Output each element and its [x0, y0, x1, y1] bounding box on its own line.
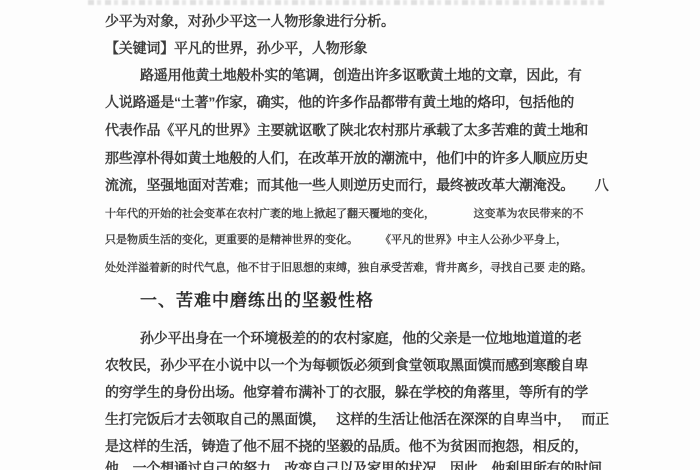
- body-line: 的穷学生的身份出场。他穿着布满补丁的衣服，躲在学校的角落里，等所有的学: [105, 383, 588, 401]
- body-line-small: 只是物质生活的变化，更重要的是精神世界的变化。 《平凡的世界》中主人公孙少平身上…: [105, 231, 567, 249]
- body-line: 是这样的生活，铸造了他不屈不挠的坚毅的品质。他不为贫困而抱怨，相反的，: [105, 437, 588, 455]
- body-line: 少平为对象，对孙少平这一人物形象进行分析。: [105, 12, 395, 30]
- body-line: 生打完饭后才去领取自己的黑面馍， 这样的生活让他活在深深的自卑当中， 而正: [105, 410, 609, 428]
- body-line: 那些淳朴得如黄土地般的人们，在改革开放的潮流中，他们中的许多人顺应历史: [105, 149, 588, 167]
- body-line: 路遥用他黄土地般朴实的笔调，创造出许多讴歌黄土地的文章，因此，有: [140, 66, 582, 84]
- body-line: 代表作品《平凡的世界》主要就讴歌了陕北农村那片承载了太多苦难的黄土地和: [105, 121, 588, 139]
- body-line-small: 处处洋溢着新的时代气息，他不甘于旧思想的束缚，独自承受苦难，背井离乡，寻找自己要…: [105, 259, 592, 277]
- body-line-small: 十年代的开始的社会变革在农村广袤的地上掀起了翻天覆地的变化， 这变革为农民带来的…: [105, 205, 584, 223]
- section-heading: 一、苦难中磨练出的坚毅性格: [140, 292, 374, 310]
- body-line: 流流，坚强地面对苦难；而其他一些人则逆历史而行，最终被改革大潮淹没。 八: [105, 176, 609, 194]
- keywords-line: 【关键词】平凡的世界，孙少平，人物形象: [105, 39, 367, 57]
- clipped-text-bottom-line: 他，一个想通过自己的努力，改变自己以及家里的状况，因此，他利用所有的时间: [105, 459, 602, 470]
- body-line: 人说路遥是“土著”作家，确实，他的许多作品都带有黄土地的烙印，包括他的: [105, 93, 574, 111]
- document-page: 少平为对象，对孙少平这一人物形象进行分析。 【关键词】平凡的世界，孙少平，人物形…: [0, 0, 700, 470]
- body-line: 农牧民，孙少平在小说中以一个为每顿饭必须到食堂领取黑面馍而感到寒酸自卑: [105, 356, 588, 374]
- clipped-text-top-strip: [88, 0, 604, 5]
- body-line: 孙少平出身在一个环境极差的的农村家庭，他的父亲是一位地地道道的老: [140, 329, 582, 347]
